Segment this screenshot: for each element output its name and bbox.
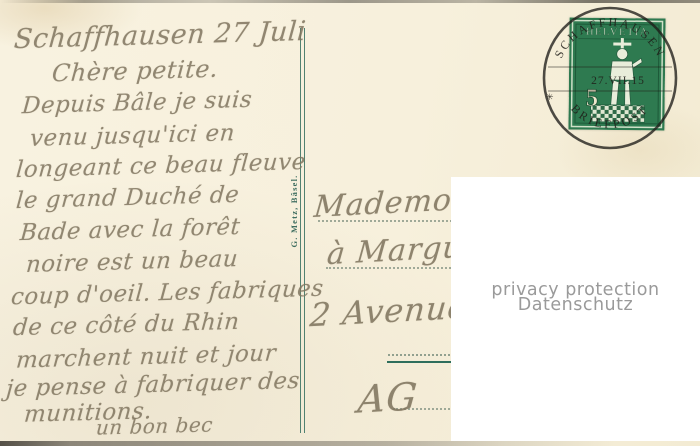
- privacy-overlay: privacy protection Datenschutz: [451, 177, 700, 441]
- postmark: SCHAFFHAUSEN BRIEFPOST 27.VII.15 ✳: [535, 4, 686, 156]
- handwritten-address-line: AG: [356, 374, 420, 421]
- svg-text:BRIEFPOST: BRIEFPOST: [568, 102, 652, 132]
- postmark-star-icon: ✳: [546, 92, 554, 102]
- postmark-date: 27.VII.15: [591, 75, 645, 87]
- privacy-line-2: Datenschutz: [451, 298, 700, 313]
- handwritten-address-line: 2 Avenue: [308, 288, 469, 334]
- privacy-watermark: privacy protection Datenschutz: [451, 283, 700, 313]
- card-bottom-edge: [0, 441, 700, 446]
- postcard-back: Schaffhausen 27 JuliChère petite.Depuis …: [0, 0, 700, 446]
- card-top-edge: [0, 0, 700, 3]
- handwritten-address-line: Mademoi: [313, 182, 465, 225]
- postmark-service: BRIEFPOST: [568, 102, 652, 132]
